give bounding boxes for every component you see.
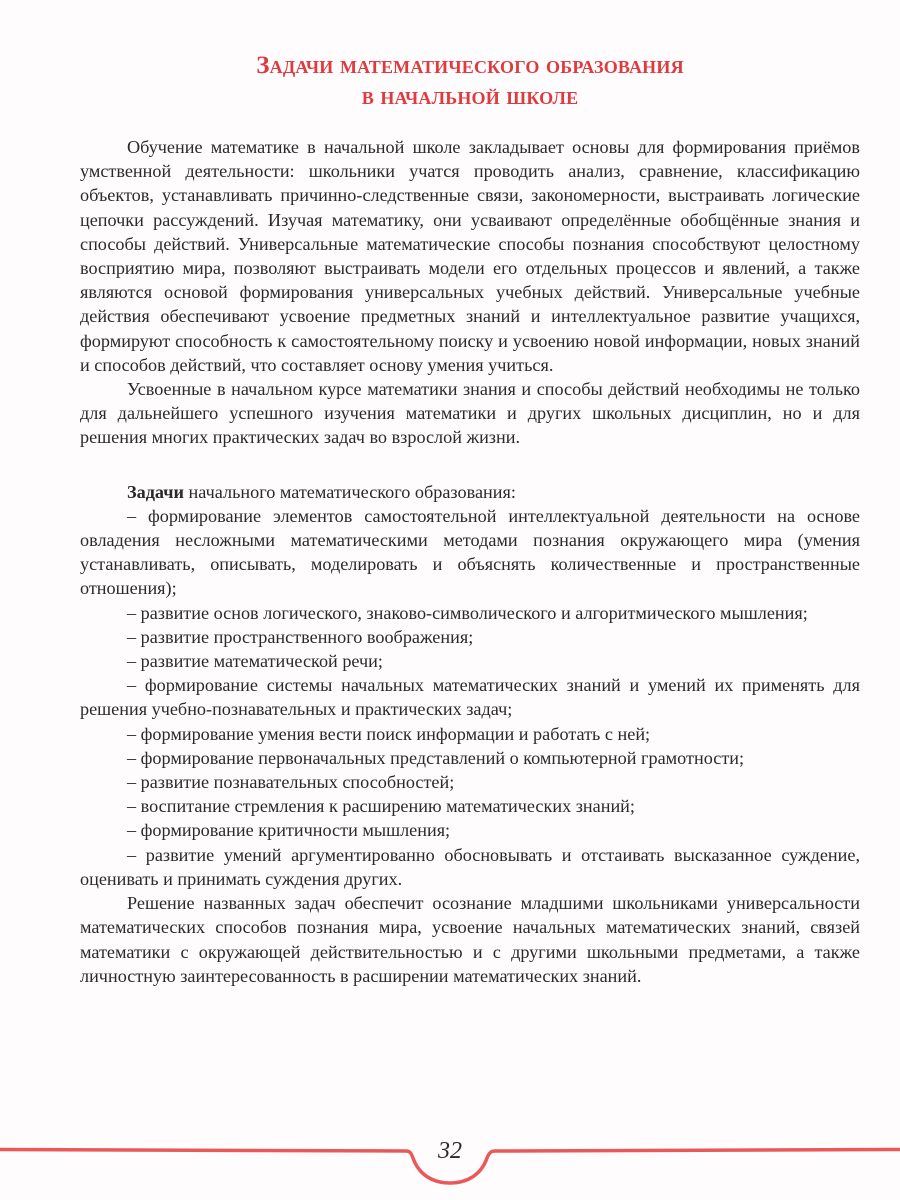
list-item: – развитие пространственного воображения… — [80, 625, 860, 649]
page-title-line-1: Задачи математического образования — [0, 50, 900, 81]
list-item: – формирование элементов самостоятельной… — [80, 504, 860, 601]
body-text: Обучение математике в начальной школе за… — [80, 135, 860, 988]
intro-paragraph-2: Усвоенные в начальном курсе математики з… — [80, 377, 860, 450]
list-item: – формирование критичности мышления; — [80, 818, 860, 842]
page-title-line-2: в начальной школе — [0, 81, 900, 112]
tasks-heading: Задачи начального математического образо… — [80, 480, 860, 504]
list-item: – формирование первоначальных представле… — [80, 746, 860, 770]
list-item: – формирование системы начальных математ… — [80, 673, 860, 721]
page-number: 32 — [415, 1138, 485, 1165]
conclusion-paragraph: Решение названных задач обеспечит осозна… — [80, 891, 860, 988]
list-item: – развитие основ логического, знаково-си… — [80, 601, 860, 625]
book-page: Задачи математического образования в нач… — [0, 0, 900, 1200]
tasks-heading-bold: Задачи — [127, 482, 184, 502]
list-item: – формирование умения вести поиск информ… — [80, 722, 860, 746]
page-title: Задачи математического образования в нач… — [0, 50, 900, 112]
list-item: – развитие умений аргументированно обосн… — [80, 843, 860, 891]
intro-paragraph-1: Обучение математике в начальной школе за… — [80, 135, 860, 377]
tasks-heading-rest: начального математического образования: — [184, 482, 516, 502]
list-item: – развитие математической речи; — [80, 649, 860, 673]
list-item: – воспитание стремления к расширению мат… — [80, 794, 860, 818]
page-footer: 32 — [0, 1120, 900, 1200]
list-item: – развитие познавательных способностей; — [80, 770, 860, 794]
tasks-list: – формирование элементов самостоятельной… — [80, 504, 860, 891]
